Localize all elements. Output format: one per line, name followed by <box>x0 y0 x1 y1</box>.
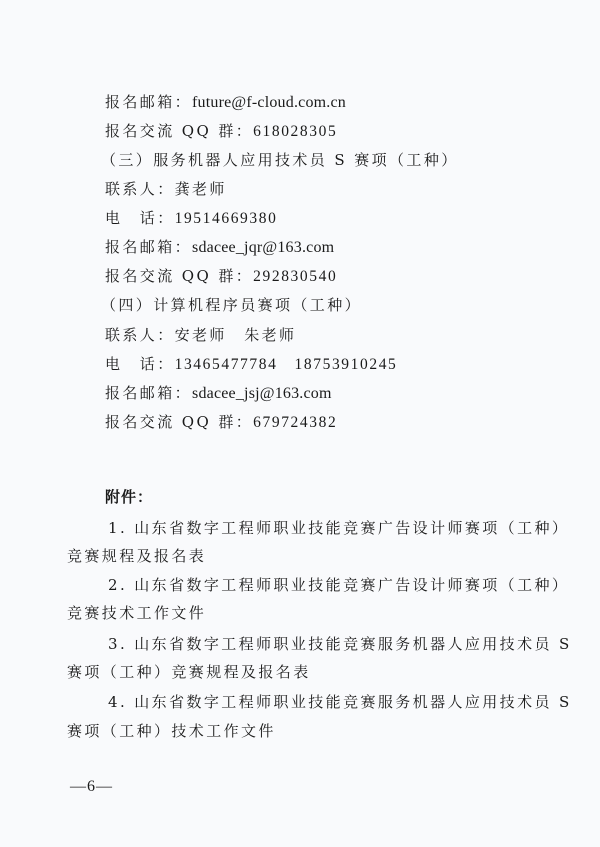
section3-contact-line: 联系人：龚老师 <box>105 179 227 199</box>
qq-label: 报名交流 QQ 群： <box>105 122 253 140</box>
section3-heading: （三）服务机器人应用技术员 S 赛项（工种） <box>101 150 459 170</box>
qq-line-section2: 报名交流 QQ 群：618028305 <box>105 121 337 142</box>
contact-label: 联系人： <box>105 326 175 344</box>
qq-label: 报名交流 QQ 群： <box>105 267 253 285</box>
qq-label: 报名交流 QQ 群： <box>105 413 253 431</box>
section4-qq-line: 报名交流 QQ 群：679724382 <box>105 412 337 433</box>
page-number: —6— <box>70 778 113 796</box>
attachment-1-line2: 竞赛规程及报名表 <box>67 546 206 566</box>
attachment-2-line2: 竞赛技术工作文件 <box>67 603 206 623</box>
attachment-4-line1: 4. 山东省数字工程师职业技能竞赛服务机器人应用技术员 S <box>108 692 572 712</box>
email-label: 报名邮箱： <box>105 384 192 402</box>
attachment-2-line1: 2. 山东省数字工程师职业技能竞赛广告设计师赛项（工种） <box>108 575 569 595</box>
phone-value: 13465477784 18753910245 <box>175 356 398 373</box>
section3-qq-line: 报名交流 QQ 群：292830540 <box>105 266 337 287</box>
email-label: 报名邮箱： <box>105 238 192 256</box>
qq-value: 679724382 <box>253 414 337 431</box>
attachment-1-line1: 1. 山东省数字工程师职业技能竞赛广告设计师赛项（工种） <box>108 518 569 538</box>
email-label: 报名邮箱： <box>105 93 192 111</box>
section3-email-line: 报名邮箱：sdacee_jqr@163.com <box>105 237 334 258</box>
contact-value: 龚老师 <box>175 180 227 198</box>
attachment-4-line2: 赛项（工种）技术工作文件 <box>67 721 276 741</box>
qq-value: 618028305 <box>253 123 337 140</box>
contact-value: 安老师 朱老师 <box>175 326 297 344</box>
section4-phone-line: 电 话：13465477784 18753910245 <box>105 354 397 375</box>
attachment-3-line1: 3. 山东省数字工程师职业技能竞赛服务机器人应用技术员 S <box>108 634 572 654</box>
phone-label: 电 话： <box>105 209 175 227</box>
section3-phone-line: 电 话：19514669380 <box>105 208 277 229</box>
email-value: future@f-cloud.com.cn <box>192 94 346 111</box>
qq-value: 292830540 <box>253 268 337 285</box>
phone-value: 19514669380 <box>175 210 278 227</box>
section4-heading: （四）计算机程序员赛项（工种） <box>101 295 362 315</box>
email-value: sdacee_jqr@163.com <box>192 239 334 256</box>
attachment-3-line2: 赛项（工种）竞赛规程及报名表 <box>67 662 311 682</box>
section4-contact-line: 联系人：安老师 朱老师 <box>105 325 296 345</box>
email-value: sdacee_jsj@163.com <box>192 385 332 402</box>
section4-email-line: 报名邮箱：sdacee_jsj@163.com <box>105 383 332 404</box>
email-line-section2: 报名邮箱：future@f-cloud.com.cn <box>105 92 346 113</box>
phone-label: 电 话： <box>105 355 175 373</box>
contact-label: 联系人： <box>105 180 175 198</box>
attachments-heading: 附件： <box>105 487 153 507</box>
